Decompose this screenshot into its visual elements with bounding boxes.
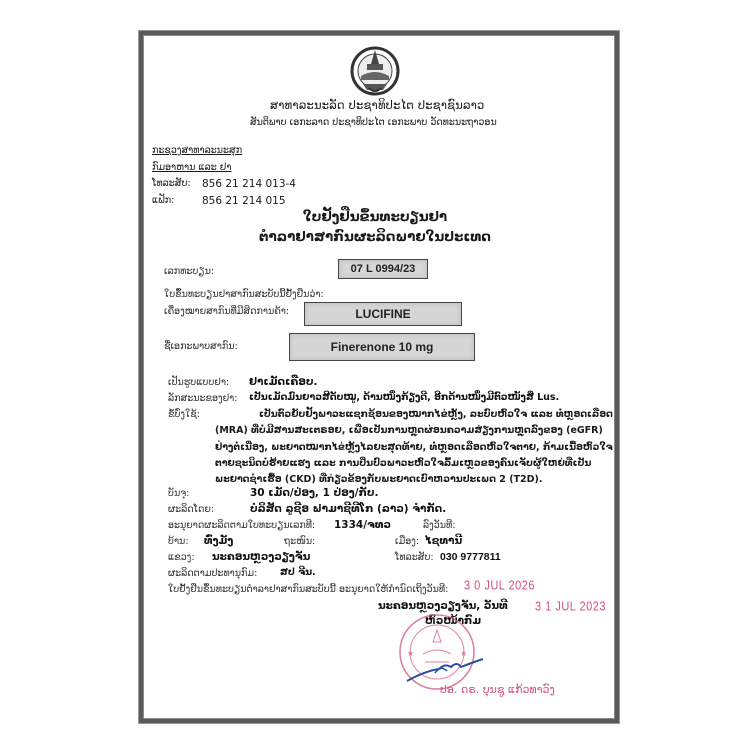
generic-name: Finerenone 10 mg: [331, 340, 434, 354]
issuer-phone: ໂທລະສັບ: 856 21 214 013-4: [152, 178, 191, 189]
indication-label: ຂໍ້ບົ່ງໃຊ້:: [168, 409, 200, 420]
license-date-label: ລົງວັນທີ:: [423, 520, 455, 531]
origin-country: ສປ ຈີນ.: [280, 567, 316, 578]
packaging: 30 ເມັດ/ປ່ອງ, 1 ປ່ອງ/ກັບ.: [250, 487, 379, 499]
fax-label: ແຟັກ:: [152, 195, 174, 206]
document-title: ໃບຢັ້ງຢືນຂຶ້ນທະບຽນຢາ: [0, 209, 750, 225]
trade-name-box: LUCIFINE: [304, 302, 462, 326]
issuer-fax: ແຟັກ: 856 21 214 015: [152, 195, 174, 206]
dosage-form: ຢາເມັດເຄືອບ.: [249, 376, 318, 388]
road-label: ຖະໜົນ:: [284, 536, 315, 547]
appearance-label: ລັກສະນະຂອງຢາ:: [168, 393, 237, 404]
document-subtitle: ຕຳລາຢາສາກົນຜະລິດພາຍໃນປະເທດ: [0, 229, 750, 245]
registration-number: 07 L 0994/23: [351, 263, 416, 275]
license-number: 1334/ຈທວ: [334, 519, 391, 531]
generic-name-label: ຊື່ເອກະພາບສາກົນ:: [164, 341, 238, 352]
manufacturer: ບໍລິສັດ ລູຊີອ ຟາມາຊີທີໂກ (ລາວ) ຈຳກັດ.: [250, 503, 446, 515]
national-motto: ສັນຕິພາບ ເອກະລາດ ປະຊາທິປະໄຕ ເອກະພາບ ວັດທ…: [250, 117, 497, 128]
department-name: ກົມອາຫານ ແລະ ຢາ: [152, 162, 231, 173]
trade-name-label: ເຄື່ອງໝາຍສາກົນທີ່ມີສິດການຄ້າ:: [164, 306, 289, 317]
packaging-label: ບັນຈຸ:: [168, 488, 189, 499]
manufacturer-label: ຜະລິດໂດຍ:: [168, 504, 214, 515]
validity-statement: ໃບຢັ້ງຢືນຂຶ້ນທະບຽນຕຳລາຢາສາກົນສະບັບນີ້ ອະ…: [168, 584, 448, 595]
signatory-name: ປອ. ດຣ. ບຸນຊູ ແກ້ວທາວົງ: [440, 683, 555, 696]
license-label: ອະນຸຍາດຜະລິດຕາມໃບທະບຽນເລກທີ:: [168, 520, 315, 531]
expiry-date-stamp: 3 0 JUL 2026: [464, 579, 535, 593]
province: ນະຄອນຫຼວງວຽງຈັນ: [212, 551, 310, 563]
origin-label: ຜະລິດຕາມປະທານຸກົມ:: [168, 568, 257, 579]
tel: 030 9777811: [440, 551, 501, 563]
form-label: ເປັນຮູບແບບຢາ:: [168, 377, 229, 388]
ministry-name: ກະຊວງສາທາລະນະສຸກ: [152, 145, 242, 156]
district-label: ເມືອງ:: [395, 536, 419, 547]
registration-number-label: ເລກທະບຽນ:: [164, 266, 214, 277]
appearance: ເປັນເມັດມົນຍາວສີດັບໝູ, ດ້ານໜຶ່ງກ້ຽງດີ, ອ…: [249, 392, 559, 403]
fax-value: 856 21 214 015: [202, 195, 286, 207]
indication: ເປັນຕົວຍັບຢັ້ງພາວະແຊກຊ້ອນຂອງໝາກໄຂ່ຫຼັງ, …: [215, 407, 613, 488]
handwritten-signature-icon: [405, 655, 485, 685]
phone-label: ໂທລະສັບ:: [152, 178, 191, 189]
trade-name: LUCIFINE: [355, 307, 410, 321]
district: ໄຊທານີ: [425, 535, 462, 547]
lao-national-emblem-icon: [345, 44, 405, 96]
village: ທົ່ງມັງ: [204, 535, 233, 547]
certify-statement: ໃບຂຶ້ນທະບຽນຢາສາກົນສະບັບນີ້ຢັ້ງຢືນວ່າ:: [164, 289, 324, 300]
village-label: ບ້ານ:: [168, 536, 189, 547]
registration-number-box: 07 L 0994/23: [338, 259, 428, 279]
issue-date-stamp: 3 1 JUL 2023: [535, 600, 606, 614]
phone-value: 856 21 214 013-4: [202, 178, 296, 190]
country-name: ສາທາລະນະລັດ ປະຊາທິປະໄຕ ປະຊາຊົນລາວ: [270, 98, 485, 112]
generic-name-box: Finerenone 10 mg: [289, 333, 475, 361]
tel-label: ໂທລະສັບ:: [395, 552, 434, 563]
province-label: ແຂວງ:: [168, 552, 195, 563]
issue-place-date: ນະຄອນຫຼວງວຽງຈັນ, ວັນທີ: [378, 600, 508, 612]
